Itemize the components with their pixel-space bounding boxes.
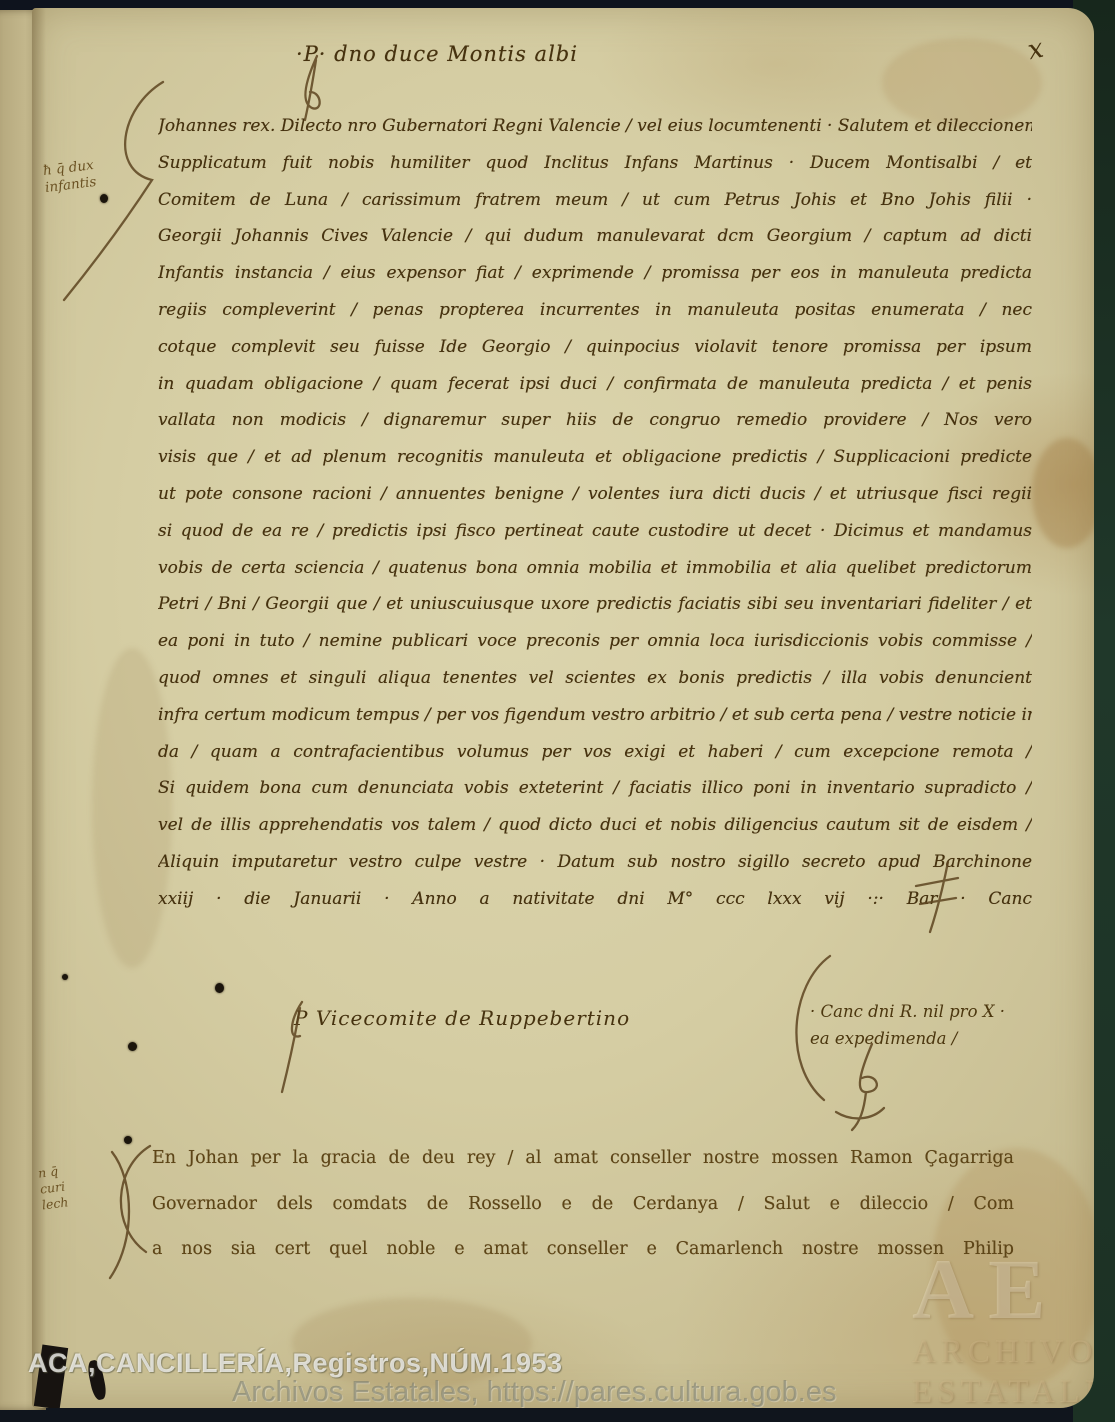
manuscript-line: infra certum modicum tempus / per vos fi…	[158, 697, 1032, 734]
parchment-hole	[128, 1042, 137, 1051]
watermark-credit: Archivos Estatales, https://pares.cultur…	[232, 1376, 836, 1409]
catalan-text-block: En Johan per la gracia de deu rey / al a…	[152, 1136, 1014, 1273]
manuscript-line: ut pote consone racioni / annuentes beni…	[158, 476, 1032, 513]
archive-logo-word: ESTATALES	[912, 1372, 1094, 1408]
margin-note-2: n q̄ curi lech	[37, 1163, 69, 1214]
manuscript-line: Supplicatum fuit nobis humiliter quod In…	[158, 145, 1032, 182]
manuscript-page: ·P· dno duce Montis albi x ħ q̄ dux infa…	[32, 8, 1094, 1408]
manuscript-line: vallata non modicis / dignaremur super h…	[158, 402, 1032, 439]
manuscript-scan-viewport: ·P· dno duce Montis albi x ħ q̄ dux infa…	[0, 0, 1115, 1422]
manuscript-line: Governador dels comdats de Rossello e de…	[152, 1182, 1014, 1228]
archive-logo-word: ARCHIVOS	[912, 1332, 1094, 1372]
manuscript-line: Petri / Bni / Georgii que / et uniuscuiu…	[158, 586, 1032, 623]
manuscript-line: Infantis instancia / eius expensor fiat …	[158, 255, 1032, 292]
watermark-reference: ACA,CANCILLERÍA,Registros,NÚM.1953	[28, 1348, 563, 1379]
document-heading: ·P· dno duce Montis albi	[296, 42, 578, 66]
manuscript-line: vel de illis apprehendatis vos talem / q…	[158, 807, 1032, 844]
manuscript-line: cotque complevit seu fuisse Ide Georgio …	[158, 329, 1032, 366]
archive-logo-monogram: AE	[912, 1246, 1094, 1332]
margin-note-1: ħ q̄ dux infantis	[42, 157, 97, 197]
manuscript-line: visis que / et ad plenum recognitis manu…	[158, 439, 1032, 476]
parchment-hole	[124, 1136, 132, 1144]
parchment-hole	[62, 974, 68, 980]
manuscript-line: vobis de certa sciencia / quatenus bona …	[158, 550, 1032, 587]
manuscript-line: Georgii Johannis Cives Valencie / qui du…	[158, 218, 1032, 255]
manuscript-line: xxiij · die Januarii · Anno a nativitate…	[158, 881, 1032, 918]
chancery-note: · Canc dni R. nil pro X · ea expedimenda…	[810, 998, 1005, 1052]
manuscript-line: in quadam obligacione / quam fecerat ips…	[158, 366, 1032, 403]
parchment-hole	[100, 194, 108, 203]
manuscript-line: a nos sia cert quel noble e amat consell…	[152, 1227, 1014, 1273]
manuscript-line: Johannes rex. Dilecto nro Gubernatori Re…	[158, 108, 1032, 145]
stain	[1032, 438, 1094, 548]
archive-logo-watermark: AE ARCHIVOS ESTATALES	[912, 1246, 1094, 1408]
manuscript-line: ea poni in tuto / nemine publicari voce …	[158, 623, 1032, 660]
manuscript-line: Aliquin imputaretur vestro culpe vestre …	[158, 844, 1032, 881]
chancery-note-line: · Canc dni R. nil pro X ·	[810, 998, 1005, 1025]
secondary-heading: P Vicecomite de Ruppebertino	[294, 1006, 630, 1030]
manuscript-line: Comitem de Luna / carissimum fratrem meu…	[158, 182, 1032, 219]
manuscript-line: da / quam a contrafacientibus volumus pe…	[158, 734, 1032, 771]
manuscript-line: Si quidem bona cum denunciata vobis exte…	[158, 770, 1032, 807]
manuscript-line: En Johan per la gracia de deu rey / al a…	[152, 1136, 1014, 1182]
margin-note-line: lech	[41, 1194, 69, 1213]
manuscript-line: regiis compleverint / penas propterea in…	[158, 292, 1032, 329]
manuscript-line: si quod de ea re / predictis ipsi fisco …	[158, 513, 1032, 550]
chancery-note-line: ea expedimenda /	[810, 1025, 1005, 1052]
manuscript-line: quod omnes et singuli aliqua tenentes ve…	[158, 660, 1032, 697]
main-text-block: Johannes rex. Dilecto nro Gubernatori Re…	[158, 108, 1032, 918]
parchment-hole	[215, 983, 224, 993]
